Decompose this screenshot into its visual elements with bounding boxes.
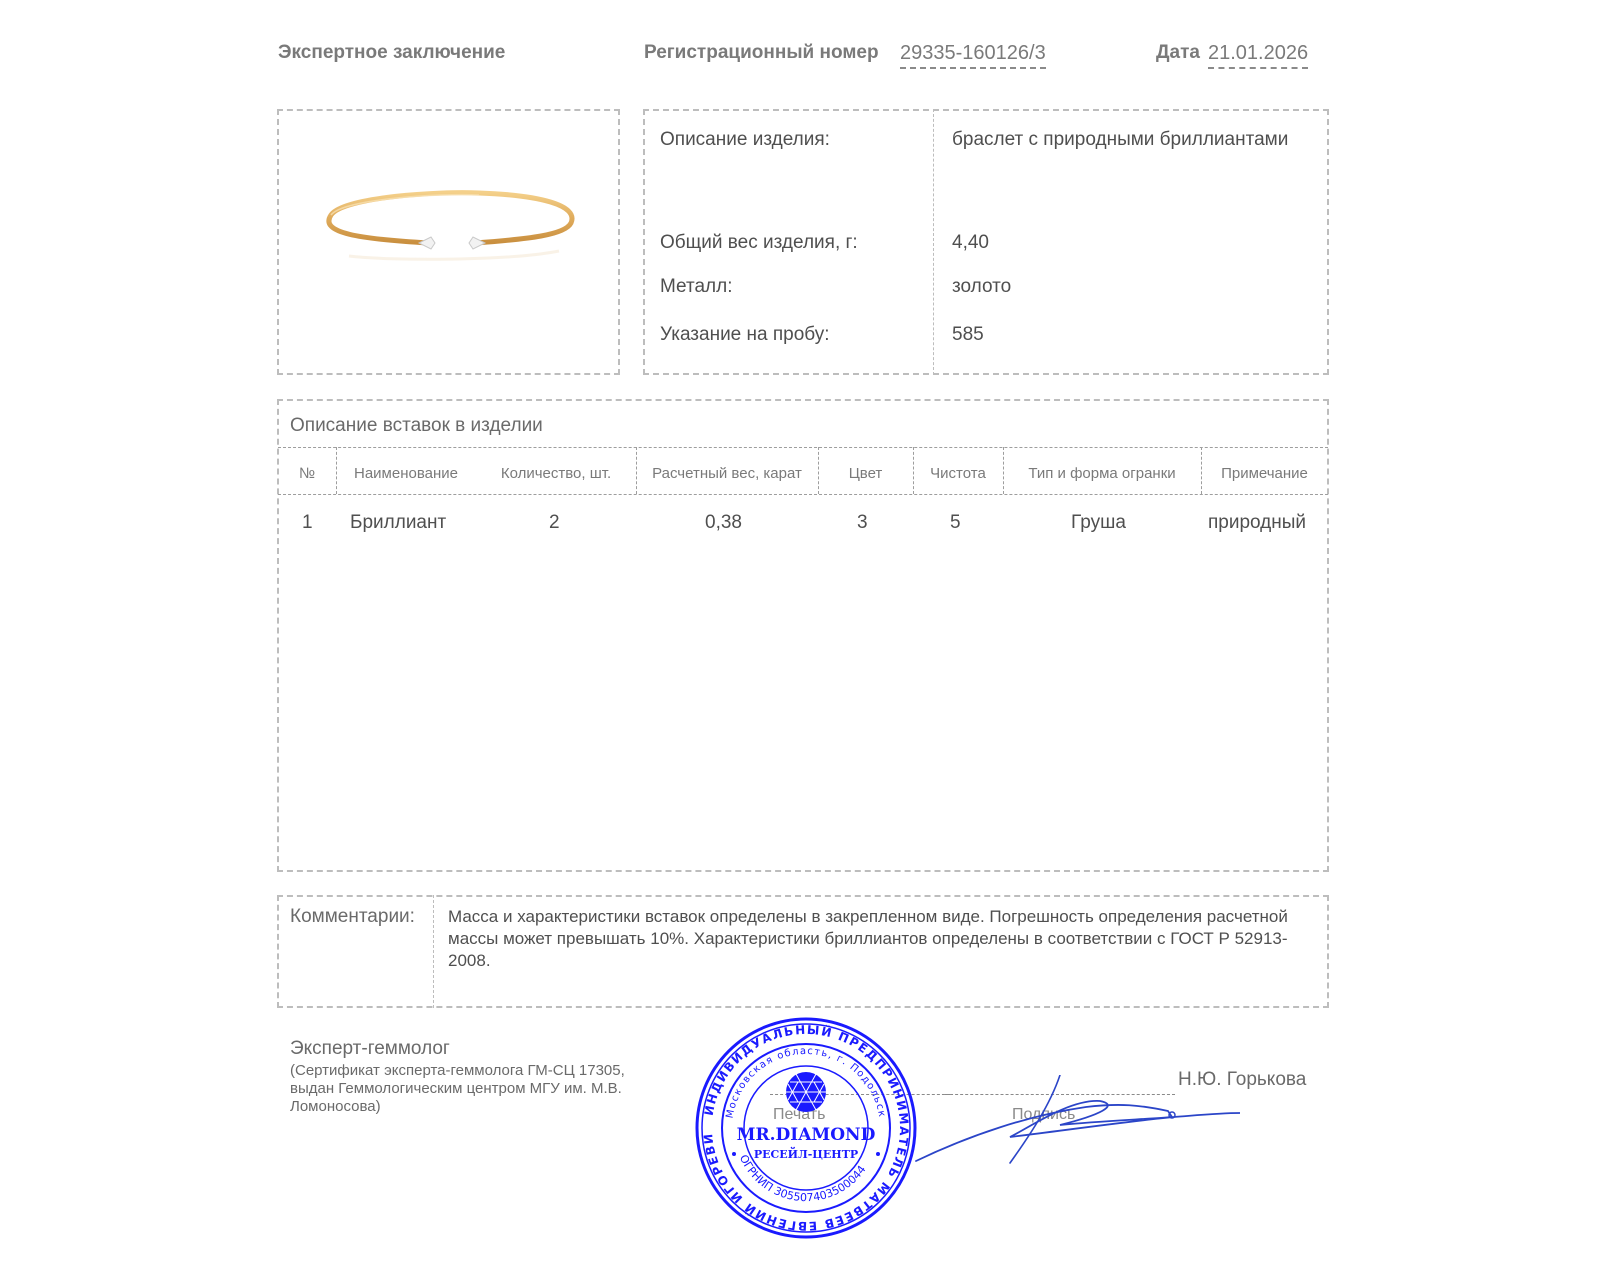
col-header-name: Наименование xyxy=(336,465,476,482)
expert-title: Эксперт-геммолог xyxy=(290,1038,450,1060)
col-header-weight: Расчетный вес, карат xyxy=(636,465,818,482)
comments-divider xyxy=(433,895,434,1008)
product-photo-box xyxy=(277,109,620,375)
field-value-metal: золото xyxy=(952,276,1011,298)
col-header-note: Примечание xyxy=(1201,465,1328,482)
col-header-color: Цвет xyxy=(818,465,913,482)
cell-color: 3 xyxy=(857,512,868,534)
comments-label: Комментарии: xyxy=(290,906,415,928)
field-value-hallmark: 585 xyxy=(952,324,984,346)
bracelet-image xyxy=(279,111,618,373)
stamp-subtitle: РЕСЕЙЛ-ЦЕНТР xyxy=(754,1146,858,1161)
field-label-description: Описание изделия: xyxy=(660,129,830,151)
stamp-brand: MR.DIAMOND xyxy=(737,1125,876,1145)
table-header-top-border xyxy=(278,447,1328,448)
cell-number: 1 xyxy=(302,512,313,534)
registration-number-label: Регистрационный номер xyxy=(644,42,879,64)
comments-text: Масса и характеристики вставок определен… xyxy=(448,906,1323,972)
cell-weight: 0,38 xyxy=(705,512,742,534)
table-header-bottom-border xyxy=(278,494,1328,495)
field-label-hallmark: Указание на пробу: xyxy=(660,324,830,346)
signature-scribble xyxy=(910,1075,1240,1165)
inserts-title: Описание вставок в изделии xyxy=(290,415,543,437)
field-value-weight: 4,40 xyxy=(952,232,989,254)
field-label-weight: Общий вес изделия, г: xyxy=(660,232,858,254)
info-divider xyxy=(933,109,934,375)
col-header-cut: Тип и форма огранки xyxy=(1003,465,1201,482)
registration-number-value: 29335-160126/3 xyxy=(900,42,1046,69)
cell-cut: Груша xyxy=(1071,512,1126,534)
field-label-metal: Металл: xyxy=(660,276,732,298)
date-label: Дата xyxy=(1156,42,1200,64)
date-value: 21.01.2026 xyxy=(1208,42,1308,69)
cell-quantity: 2 xyxy=(549,512,560,534)
col-header-number: № xyxy=(278,465,336,482)
col-header-clarity: Чистота xyxy=(913,465,1003,482)
expert-certificate: (Сертификат эксперта-геммолога ГМ-СЦ 173… xyxy=(290,1062,670,1116)
cell-name: Бриллиант xyxy=(350,512,446,534)
document-title: Экспертное заключение xyxy=(278,42,505,64)
cell-clarity: 5 xyxy=(950,512,961,534)
field-value-description: браслет с природными бриллиантами xyxy=(952,129,1288,151)
diamond-logo-icon xyxy=(786,1072,826,1112)
col-header-quantity: Количество, шт. xyxy=(476,465,636,482)
cell-note: природный xyxy=(1208,512,1306,534)
stamp-seal: ИНДИВИДУАЛЬНЫЙ ПРЕДПРИНИМАТЕЛЬ МАТВЕЕВ Е… xyxy=(694,1016,918,1240)
